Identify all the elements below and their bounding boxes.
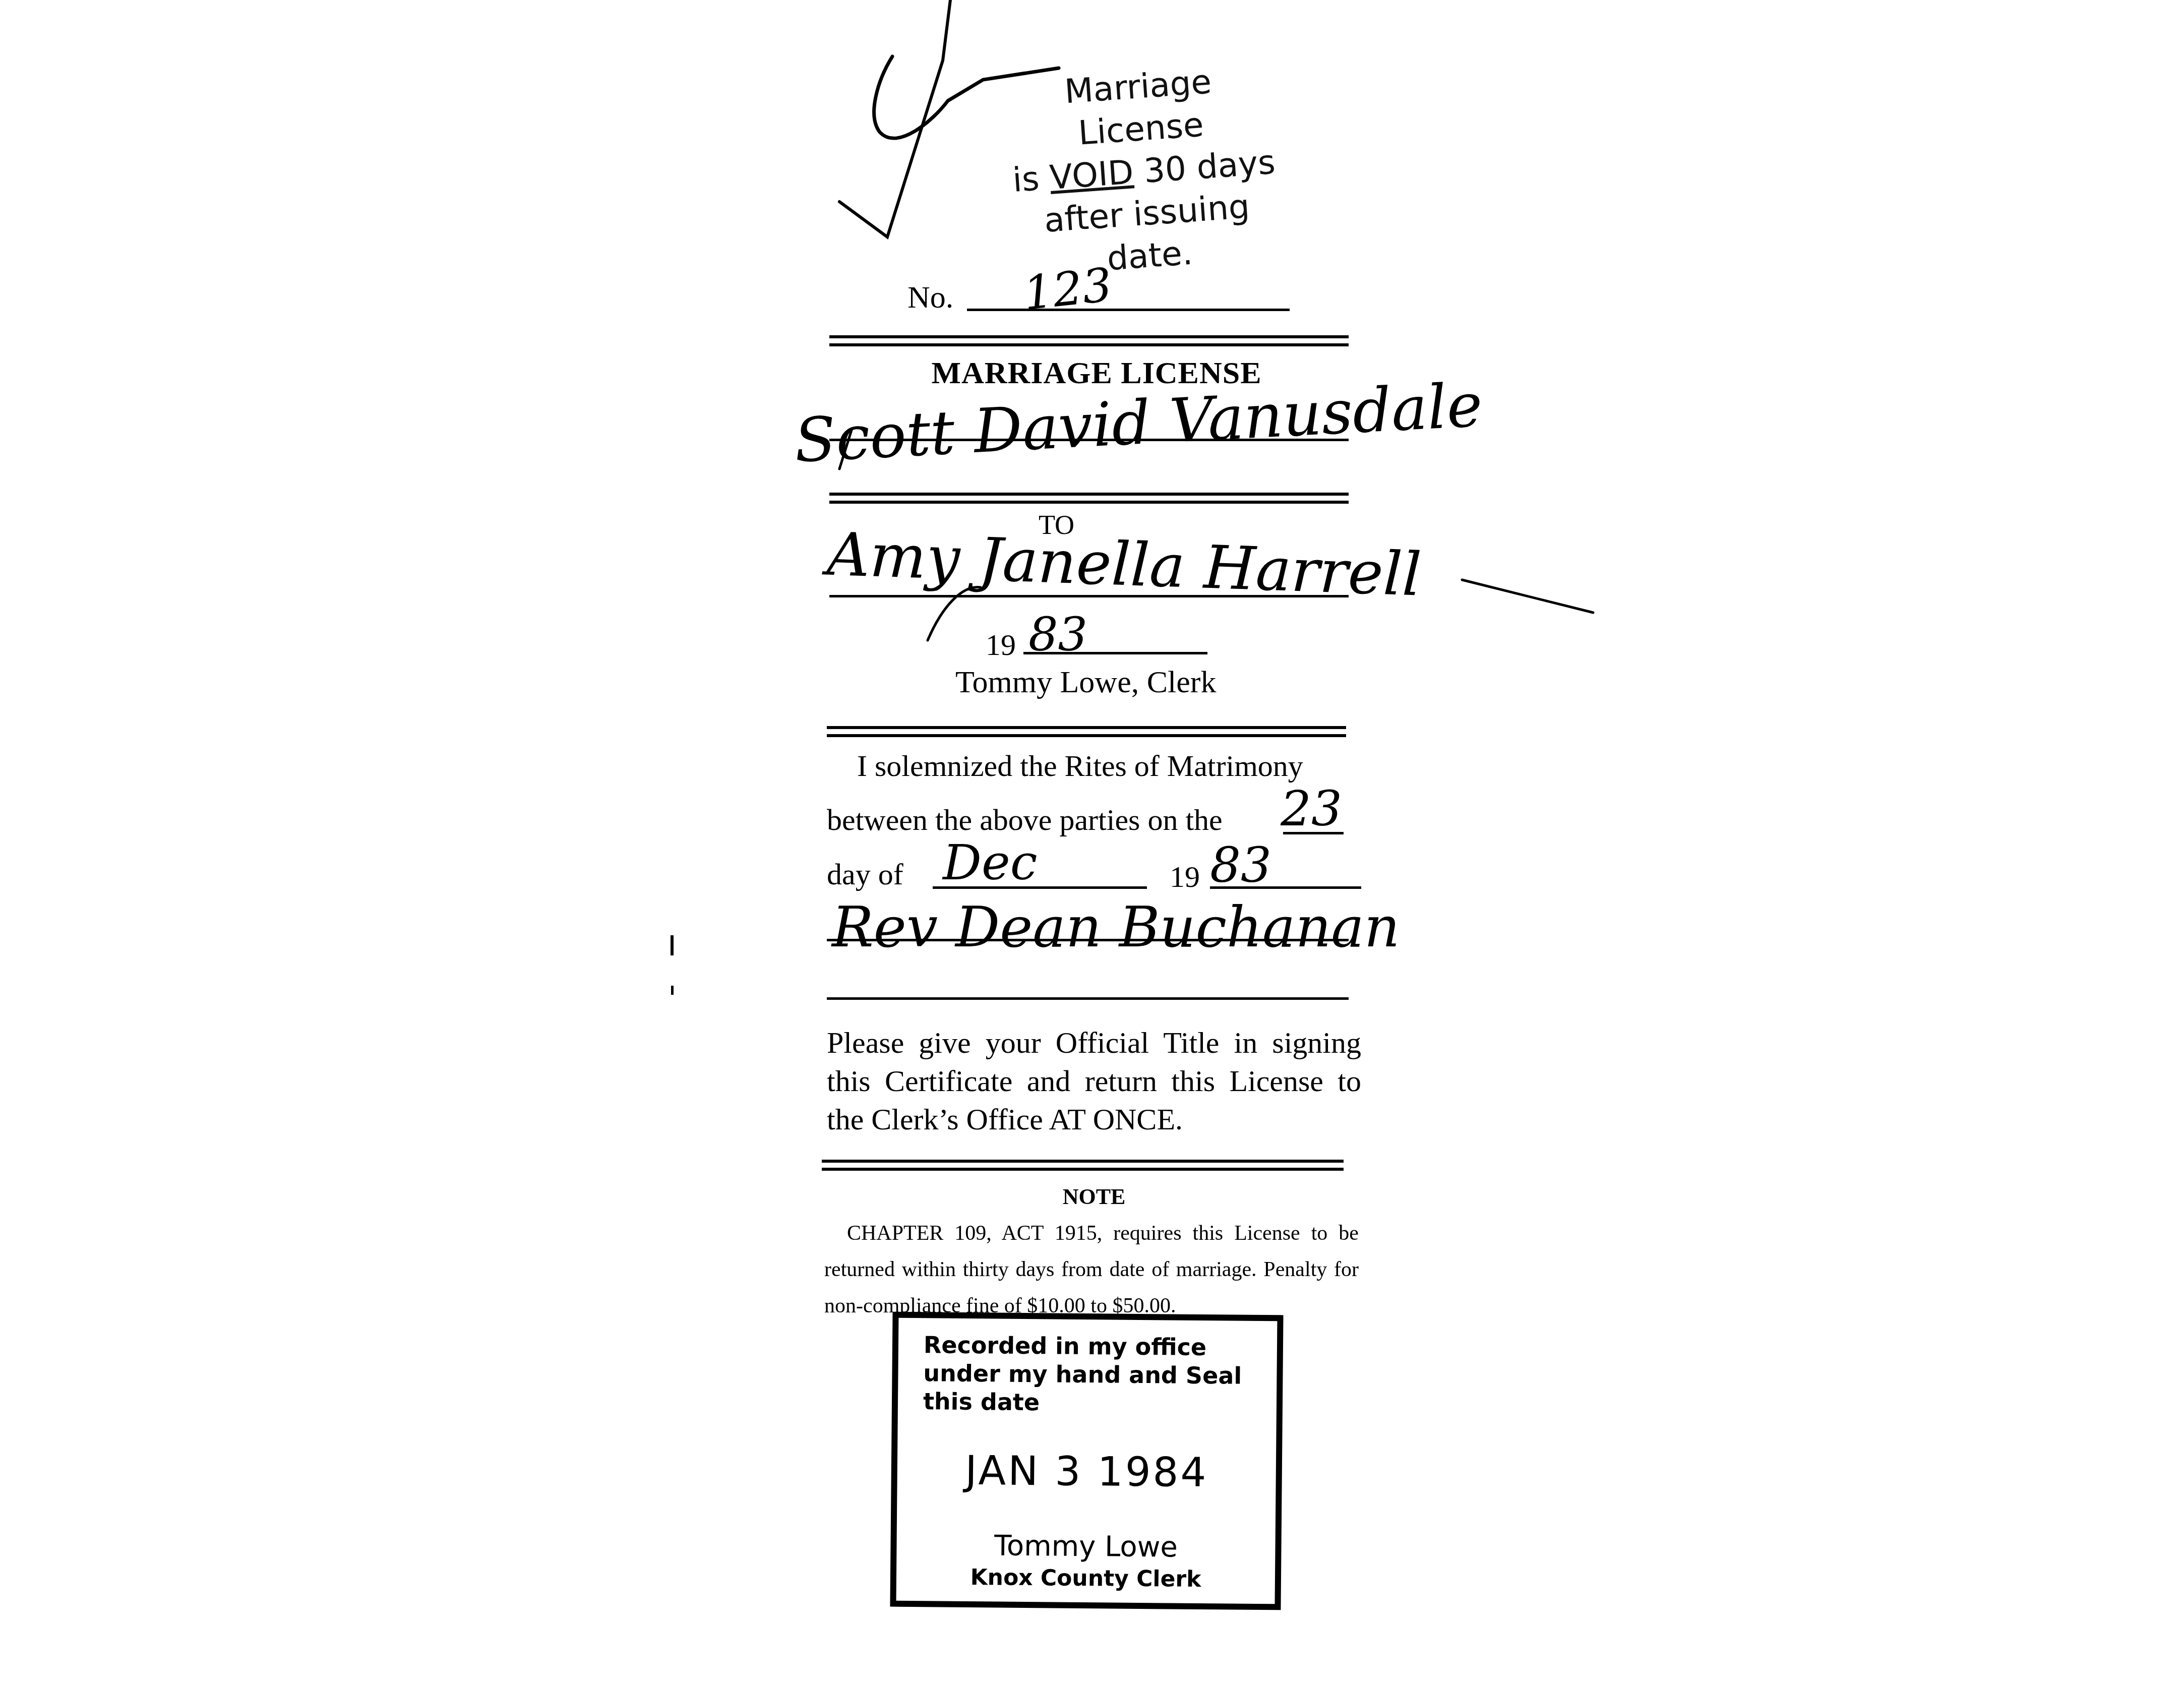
officiant-signature: Rev Dean Buchanan <box>832 895 1400 959</box>
recorded-stamp: Recorded in my office under my hand and … <box>890 1312 1283 1610</box>
divider-double <box>827 726 1346 737</box>
recorded-date: JAN 3 1984 <box>897 1447 1276 1497</box>
recorded-clerk-name: Tommy Lowe <box>896 1529 1276 1565</box>
void-notice-stamp: Marriage License is VOID 30 days after i… <box>996 56 1292 287</box>
officiant-signature-line <box>827 939 1349 941</box>
note-heading: NOTE <box>827 1184 1361 1210</box>
license-number-value: 123 <box>1021 258 1115 321</box>
scan-speck <box>671 986 674 995</box>
month-line <box>933 886 1147 889</box>
license-number-label: No. <box>907 280 953 316</box>
void-emphasis: VOID <box>1049 153 1135 197</box>
recorded-clerk-title: Knox County Clerk <box>896 1564 1275 1593</box>
divider-double <box>822 1160 1344 1171</box>
solemnization-year-prefix: 19 <box>1170 860 1200 894</box>
bride-signature-line <box>829 595 1349 597</box>
note-body: CHAPTER 109, ACT 1915, requires this Lic… <box>824 1215 1359 1324</box>
issue-year-value: 83 <box>1028 608 1087 661</box>
solemnization-line3-prefix: day of <box>827 857 903 892</box>
solemnization-year: 83 <box>1210 837 1271 893</box>
day-line <box>1283 832 1344 834</box>
recorded-stamp-text: Recorded in my office under my hand and … <box>923 1331 1242 1418</box>
divider-double <box>829 493 1349 504</box>
instructions-text: Please give your Official Title in signi… <box>827 1024 1361 1138</box>
groom-signature-line <box>829 439 1349 441</box>
scan-speck <box>671 935 674 955</box>
solemnization-day: 23 <box>1281 780 1342 837</box>
year-line <box>1210 886 1361 889</box>
divider-double <box>829 335 1349 346</box>
license-number-line <box>967 309 1290 311</box>
solemnization-month: Dec <box>943 834 1038 891</box>
solemnization-line2: between the above parties on the <box>827 803 1223 837</box>
clerk-name: Tommy Lowe, Clerk <box>955 665 1216 700</box>
solemnization-line1: I solemnized the Rites of Matrimony <box>857 749 1303 784</box>
issue-year-prefix: 19 <box>986 628 1016 663</box>
official-title-line <box>827 997 1349 1000</box>
